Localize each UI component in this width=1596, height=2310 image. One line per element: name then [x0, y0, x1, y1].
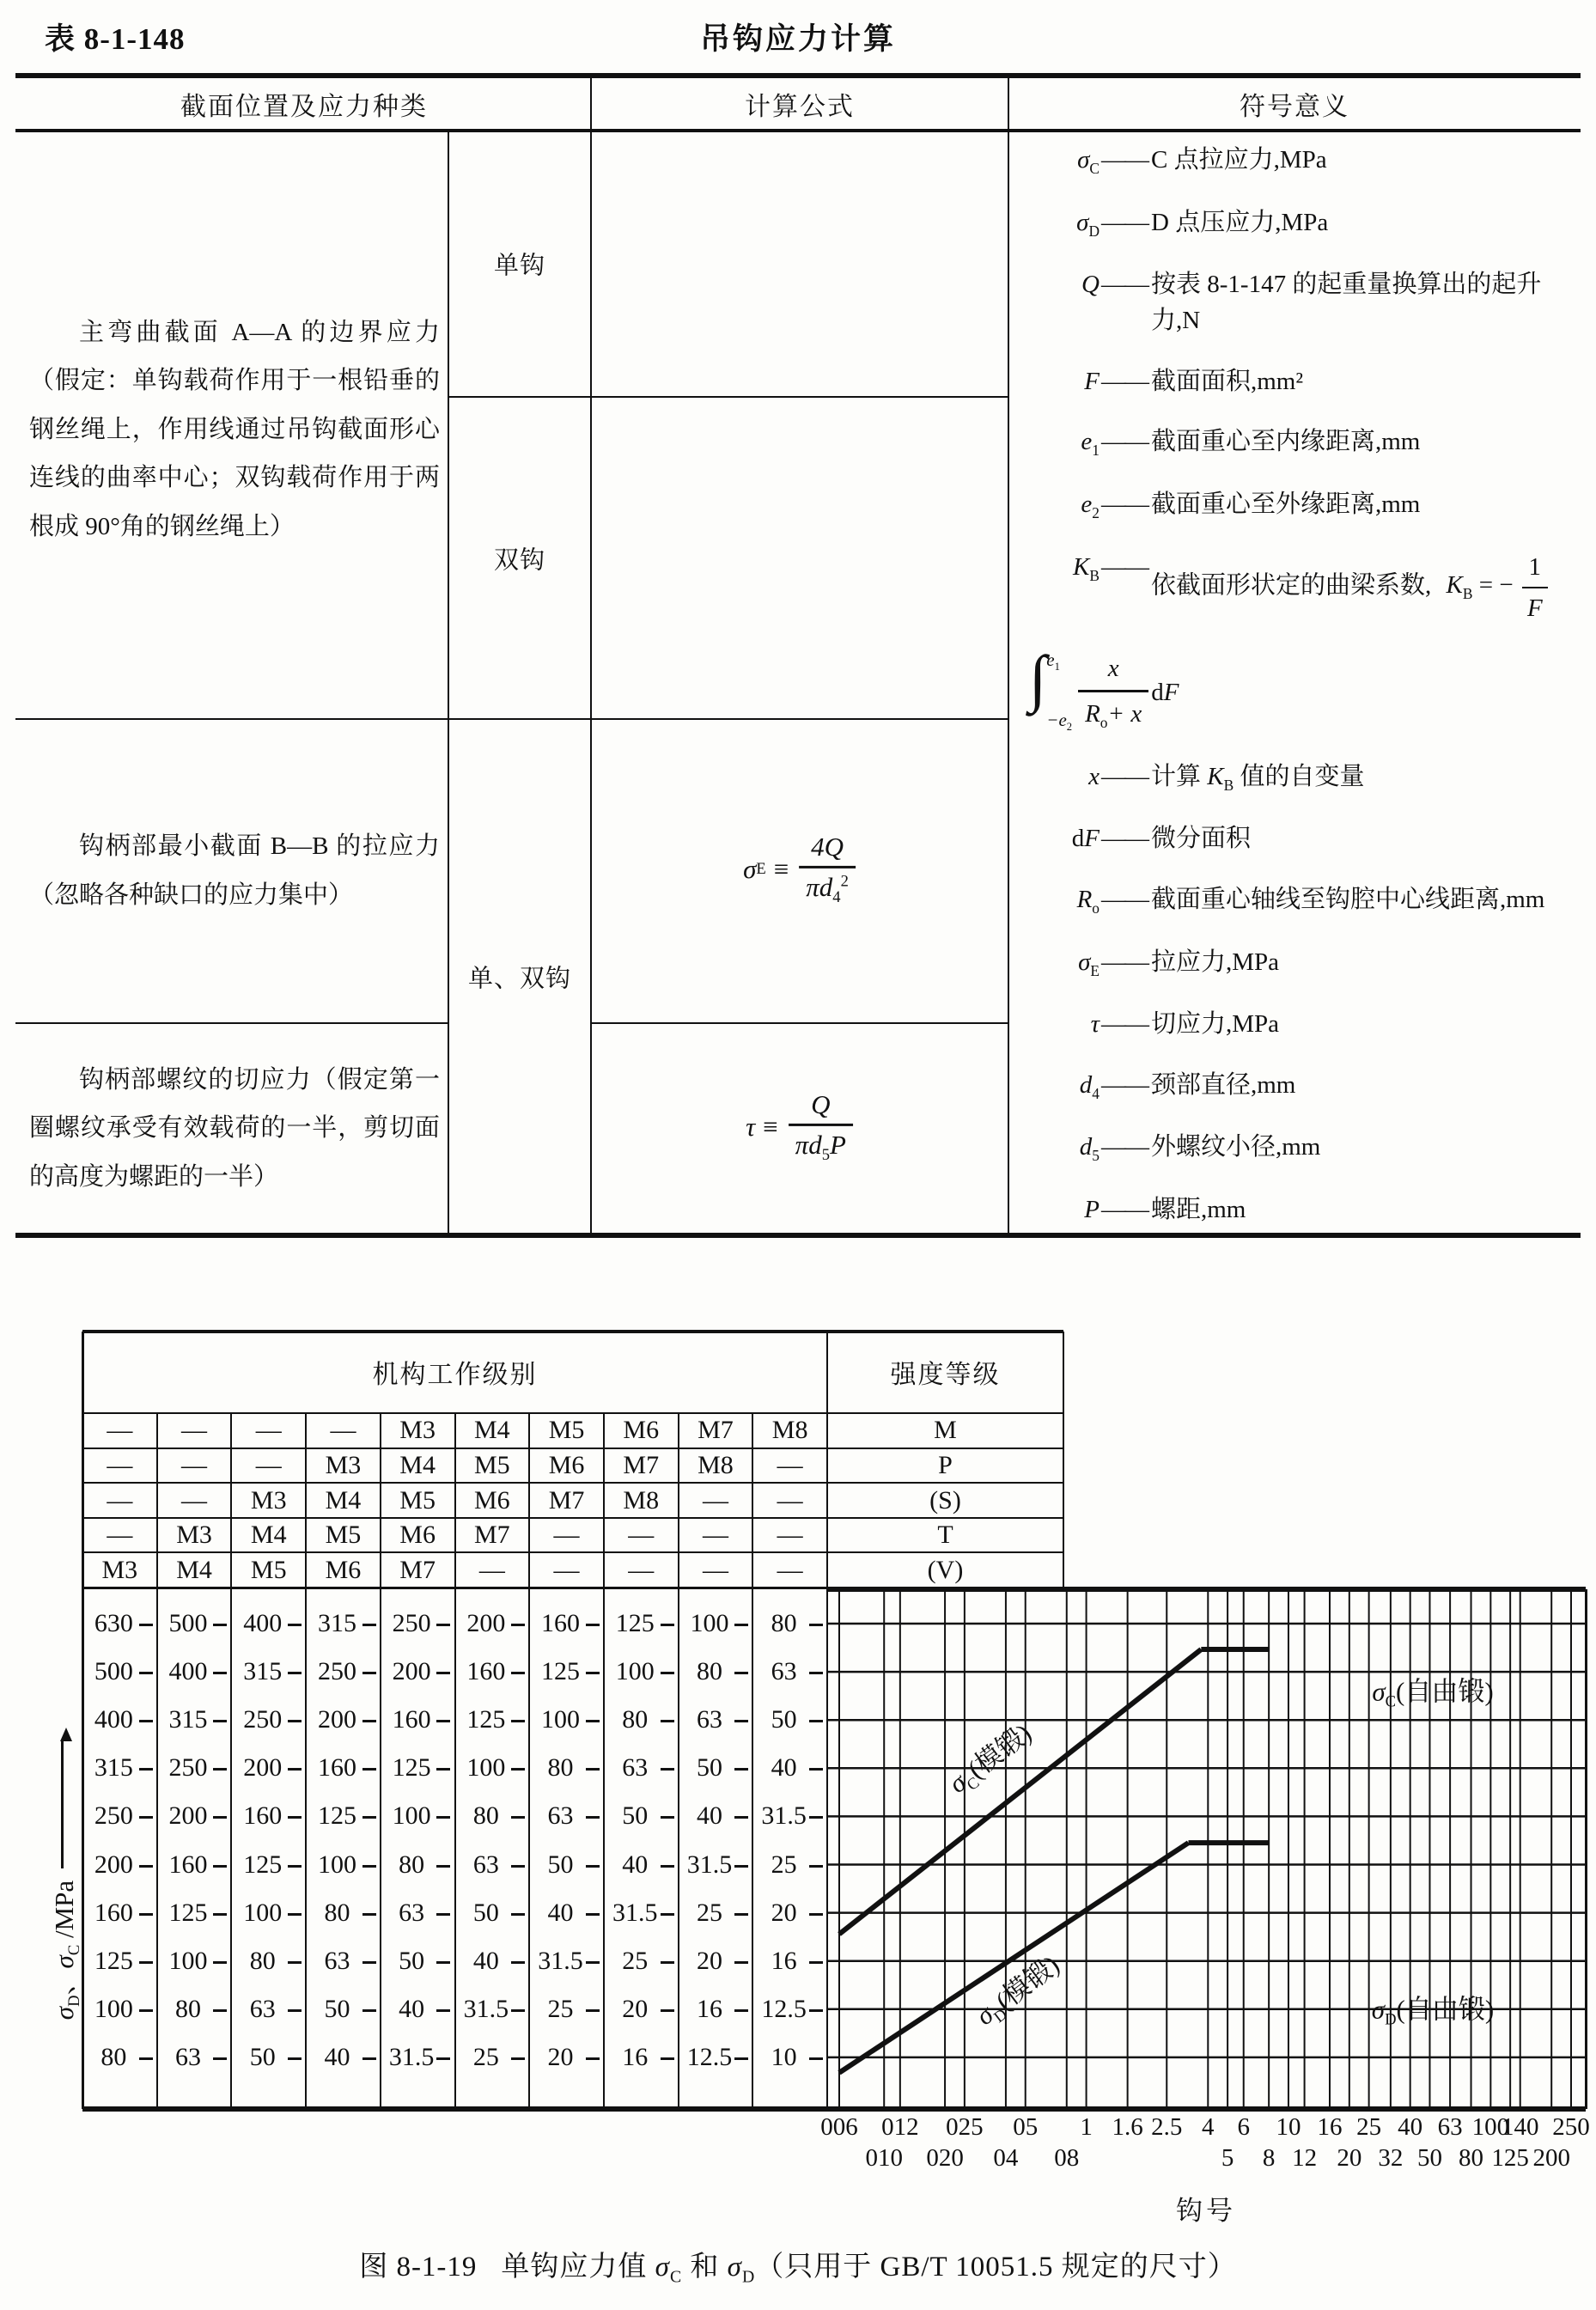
stress-scale-value: 50 [529, 1848, 604, 1882]
value-text: 63 [175, 2043, 201, 2072]
value-text: 200 [169, 1801, 208, 1831]
value-text: 200 [393, 1657, 431, 1686]
value-text: 250 [169, 1753, 208, 1783]
level-cell: M3 [176, 1521, 212, 1550]
y-label-unit: /MPa [49, 1880, 79, 1945]
x-tick-label: 012 [881, 2113, 919, 2142]
stress-scale-value: 40 [306, 2040, 381, 2075]
level-cell: M6 [399, 1521, 436, 1550]
denominator-sub: 5 [822, 1146, 830, 1164]
scale-tick [362, 1816, 376, 1819]
stress-scale-value: 100 [381, 1799, 455, 1833]
kb-equation: KB = − 1F [1447, 571, 1550, 599]
value-text: 100 [541, 1705, 580, 1734]
stress-scale-value: 31.5 [679, 1848, 753, 1882]
scale-tick [362, 1624, 376, 1626]
scale-tick [809, 1624, 823, 1626]
x-tick-label: 08 [1054, 2144, 1079, 2173]
sigma-e-fraction: 4Q πd42 [799, 832, 856, 907]
figure-caption: 图 8-1-19单钩应力值 σC 和 σD（只用于 GB/T 10051.5 规… [0, 2244, 1596, 2288]
level-cell: — [107, 1451, 132, 1480]
scale-tick [139, 1720, 153, 1722]
y-label-s1: σ [49, 2007, 79, 2020]
symbol: K [1073, 553, 1089, 581]
symbol: F [1084, 368, 1100, 395]
integral-limits: e1 −e2 [1046, 650, 1072, 729]
stress-scale-value: 100 [306, 1848, 381, 1882]
value-text: 50 [399, 1947, 424, 1976]
scale-tick [288, 1720, 302, 1722]
row2-description-text: 钩柄部最小截面 B—B 的拉应力（忽略各种缺口的应力集中） [29, 822, 440, 919]
value-text: 20 [697, 1947, 722, 1976]
value-text: 31.5 [761, 1801, 807, 1831]
symbol-row-integral: ∫ e1 −e2 x Ro+ x dF [1024, 650, 1579, 734]
value-text: 63 [771, 1657, 797, 1686]
stress-scale-value: 16 [604, 2040, 679, 2075]
level-cell: — [330, 1416, 356, 1445]
x-tick-label: 140 [1502, 2113, 1539, 2142]
x-tick-label: 6 [1237, 2113, 1250, 2142]
value-text: 50 [250, 2043, 276, 2072]
stress-scale-value: 63 [679, 1703, 753, 1737]
denominator: πd [795, 1130, 822, 1160]
level-table-header-right: 强度等级 [891, 1353, 1001, 1391]
symbol-sub: 4 [1092, 1085, 1100, 1102]
value-text: 20 [771, 1899, 797, 1928]
row2-row3-divider-left [15, 1022, 448, 1024]
dash: —— [1101, 1129, 1148, 1165]
integral-fraction: x Ro+ x [1078, 650, 1148, 734]
dash: —— [1101, 266, 1148, 302]
value-text: 80 [175, 1995, 201, 2024]
stress-scale-value: 63 [157, 2040, 232, 2075]
stress-scale-value: 315 [306, 1606, 381, 1641]
level-cell: M4 [474, 1416, 510, 1445]
x-tick-label: 05 [1013, 2113, 1038, 2142]
value-text: 160 [243, 1801, 282, 1831]
symbol-desc: 拉应力,MPa [1149, 944, 1579, 980]
x-tick-label: 12 [1292, 2144, 1317, 2173]
x-tick-label: 8 [1263, 2144, 1276, 2173]
stress-scale-value: 160 [306, 1751, 381, 1785]
symbol-row-x: x —— 计算 KB 值的自变量 [1024, 759, 1579, 796]
x-tick-label: 40 [1398, 2113, 1422, 2142]
scale-tick [288, 2057, 302, 2060]
value-text: 25 [622, 1947, 648, 1976]
value-text: 125 [541, 1657, 580, 1686]
y-axis-arrow-line [61, 1740, 64, 1868]
tau-fraction: Q πd5P [789, 1089, 853, 1165]
x-tick-label: 5 [1221, 2144, 1234, 2173]
scale-tick [586, 1624, 600, 1626]
scale-tick [139, 1768, 153, 1771]
kb-symbol: K [1447, 571, 1463, 599]
x-tick-label: 32 [1378, 2144, 1403, 2173]
level-cell: M8 [697, 1451, 734, 1480]
value-text: 400 [243, 1609, 282, 1638]
value-text: 100 [94, 1995, 133, 2024]
scale-tick [288, 1624, 302, 1626]
level-cell: M6 [549, 1451, 585, 1480]
scale-tick [586, 1672, 600, 1674]
stress-scale-value: 50 [381, 1944, 455, 1978]
symbol: x [1088, 763, 1100, 790]
scale-tick [436, 1720, 450, 1722]
caption-sigma-d: σ [728, 2252, 742, 2283]
dash: —— [1101, 549, 1148, 585]
value-text: 125 [318, 1801, 356, 1831]
scale-tick [734, 1865, 748, 1868]
stress-scale-value: 200 [157, 1799, 232, 1833]
stress-scale-value: 16 [679, 1992, 753, 2027]
level-cell: M7 [474, 1521, 510, 1550]
stress-scale-value: 31.5 [752, 1799, 827, 1833]
stress-scale-value: 50 [679, 1751, 753, 1785]
level-cell: M5 [474, 1451, 510, 1480]
level-cell: M5 [399, 1486, 436, 1515]
symbol-desc: 切应力,MPa [1149, 1006, 1579, 1042]
value-text: 200 [466, 1609, 505, 1638]
y-label-sep: 、 [49, 1968, 79, 1995]
numerator: 4Q [799, 832, 856, 869]
grade-cell: T [937, 1521, 953, 1550]
value-text: 25 [697, 1899, 722, 1928]
value-text: 160 [169, 1850, 208, 1880]
kb-inline: K [1207, 763, 1223, 790]
value-text: 100 [616, 1657, 655, 1686]
stress-scale-value: 500 [82, 1655, 157, 1689]
scale-tick [809, 1961, 823, 1964]
stress-chart [827, 1589, 1586, 2109]
scale-tick [436, 2009, 450, 2012]
scale-tick [436, 1913, 450, 1916]
value-text: 31.5 [464, 1995, 509, 2024]
scale-tick [586, 1768, 600, 1771]
value-text: 80 [548, 1753, 574, 1783]
scale-tick [809, 2009, 823, 2012]
x-tick-label: 020 [926, 2144, 964, 2173]
level-cell: M6 [326, 1556, 362, 1585]
scale-tick [586, 2057, 600, 2060]
upper-limit: e [1046, 649, 1054, 670]
scale-tick [661, 1816, 674, 1819]
scale-tick [586, 1961, 600, 1964]
level-cell: M3 [251, 1486, 287, 1515]
level-cell: — [777, 1486, 803, 1515]
scale-tick [213, 2057, 227, 2060]
symbol-row-tau: τ —— 切应力,MPa [1024, 1006, 1579, 1042]
curve-sigma_D_die_forged [839, 1843, 1188, 2073]
level-cell: M7 [697, 1416, 734, 1445]
x-axis-title: 钩号 [1176, 2189, 1236, 2228]
scale-tick [809, 2057, 823, 2060]
formula-sigma-e: σE ≡ 4Q πd42 [743, 832, 858, 907]
value-text: 80 [622, 1705, 648, 1734]
stress-scale-value: 25 [455, 2040, 530, 2075]
value-text: 40 [697, 1801, 722, 1831]
symbol-f: F [1084, 825, 1100, 852]
stress-scale-value: 31.5 [455, 1992, 530, 2027]
stress-scale-value: 40 [604, 1848, 679, 1882]
symbol-desc: 截面重心至外缘距离,mm [1149, 486, 1579, 522]
value-text: 80 [697, 1657, 722, 1686]
scale-tick [586, 2009, 600, 2012]
x-tick-label: 006 [820, 2113, 858, 2142]
value-text: 80 [250, 1947, 276, 1976]
value-text: 250 [393, 1609, 431, 1638]
scale-tick [362, 1865, 376, 1868]
dash: —— [1101, 486, 1148, 522]
scale-tick [511, 1672, 525, 1674]
stress-scale-value: 250 [381, 1606, 455, 1641]
stress-scale-value: 80 [529, 1751, 604, 1785]
stress-scale-value: 31.5 [604, 1896, 679, 1930]
denominator-sup: 2 [841, 873, 849, 891]
upper-limit-sub: 1 [1055, 661, 1060, 673]
scale-tick [436, 2057, 450, 2060]
value-text: 50 [548, 1850, 574, 1880]
x-tick-label: 2.5 [1151, 2113, 1182, 2142]
level-cell: — [107, 1416, 132, 1445]
level-cell: M5 [549, 1416, 585, 1445]
stress-scale-value: 12.5 [679, 2040, 753, 2075]
stress-scale-value: 160 [231, 1799, 306, 1833]
stress-scale-value: 125 [529, 1655, 604, 1689]
x-tick-label: 1.6 [1112, 2113, 1143, 2142]
stress-scale-value: 160 [381, 1703, 455, 1737]
stress-scale-value: 31.5 [381, 2040, 455, 2075]
dash: —— [1101, 424, 1148, 460]
scale-tick [661, 1720, 674, 1722]
stress-scale-value: 200 [306, 1703, 381, 1737]
formula-sigma-d: σD≡−Q2FKB×e2Ro+e2 [0, 207, 798, 301]
symbol-row-d5: d5 —— 外螺纹小径,mm [1024, 1129, 1579, 1167]
caption-sigma-d-sub: D [742, 2268, 755, 2287]
figure-number: 图 8-1-19 [359, 2252, 477, 2283]
stress-scale-value: 25 [752, 1848, 827, 1882]
scale-tick [661, 1768, 674, 1771]
stress-scale-value: 63 [604, 1751, 679, 1785]
value-text: 25 [771, 1850, 797, 1880]
stress-scale-value: 125 [455, 1703, 530, 1737]
scale-tick [362, 1961, 376, 1964]
stress-scale-value: 125 [381, 1751, 455, 1785]
value-text: 80 [473, 1801, 499, 1831]
value-text: 125 [94, 1947, 133, 1976]
scale-tick [436, 1816, 450, 1819]
table-bottom-border [15, 1233, 1581, 1238]
value-text: 100 [169, 1947, 208, 1976]
stress-scale-value: 80 [157, 1992, 232, 2027]
stress-scale-value: 80 [381, 1848, 455, 1882]
symbol-row-f: F —— 截面面积,mm² [1024, 363, 1579, 399]
stress-scale-value: 40 [529, 1896, 604, 1930]
scale-tick [661, 1961, 674, 1964]
value-text: 160 [541, 1609, 580, 1638]
level-cell: — [628, 1521, 654, 1550]
scale-tick [734, 2057, 748, 2060]
x-tick-label: 16 [1318, 2113, 1343, 2142]
symbol-desc: 外螺纹小径,mm [1149, 1129, 1579, 1165]
scale-tick [288, 1672, 302, 1674]
value-text: 500 [169, 1609, 208, 1638]
x-tick-label: 25 [1356, 2113, 1381, 2142]
value-text: 100 [393, 1801, 431, 1831]
stress-scale-value: 500 [157, 1606, 232, 1641]
value-text: 31.5 [538, 1947, 583, 1976]
symbol: d [1080, 1133, 1093, 1161]
level-table-row-line [82, 1448, 1063, 1449]
handbook-page: 表 8-1-148 吊钩应力计算 截面位置及应力种类 计算公式 符号意义 主弯曲… [0, 0, 1596, 2310]
stress-scale-value: 100 [529, 1703, 604, 1737]
numerator: Q [789, 1089, 853, 1126]
scale-tick [436, 1624, 450, 1626]
scale-tick [436, 1865, 450, 1868]
value-text: 200 [243, 1753, 282, 1783]
stress-scale-value: 63 [529, 1799, 604, 1833]
caption-and: 和 [682, 2252, 728, 2283]
dash: —— [1101, 944, 1148, 980]
grade-cell: (V) [928, 1556, 964, 1585]
value-text: 160 [393, 1705, 431, 1734]
dash: —— [1101, 204, 1148, 241]
symbol: R [1077, 886, 1093, 913]
caption-sigma-c: σ [655, 2252, 670, 2283]
stress-scale-value: 31.5 [529, 1944, 604, 1978]
symbol-d: d [1072, 825, 1085, 852]
scale-tick [661, 1913, 674, 1916]
formula-symbols-divider [1008, 76, 1009, 1235]
single-double-divider [448, 396, 1008, 398]
level-cell: — [479, 1556, 505, 1585]
symbol-desc: C 点拉应力,MPa [1149, 142, 1579, 178]
stress-scale-value: 200 [231, 1751, 306, 1785]
dash: —— [1101, 759, 1148, 795]
value-text: 100 [466, 1753, 505, 1783]
value-text: 100 [243, 1899, 282, 1928]
stress-scale-value: 63 [231, 1992, 306, 2027]
scale-tick [734, 1672, 748, 1674]
sigma-e-symbol: σ [743, 854, 756, 885]
scale-tick [809, 1672, 823, 1674]
level-cell: M4 [326, 1486, 362, 1515]
kb-desc-text: 依截面形状定的曲梁系数, [1151, 571, 1431, 599]
value-text: 16 [771, 1947, 797, 1976]
equals-sign: = [1479, 571, 1493, 599]
value-text: 250 [94, 1801, 133, 1831]
scale-tick [288, 1865, 302, 1868]
stress-scale-value: 250 [157, 1751, 232, 1785]
symbol-row-sigma-d: σD —— D 点压应力,MPa [1024, 204, 1579, 242]
value-text: 25 [473, 2043, 499, 2072]
symbols-legend: σC —— C 点拉应力,MPa σD —— D 点压应力,MPa Q —— 按… [1024, 142, 1579, 1228]
scale-tick [288, 2009, 302, 2012]
stress-scale-value: 200 [455, 1606, 530, 1641]
level-cell: — [256, 1451, 282, 1480]
value-text: 250 [318, 1657, 356, 1686]
value-text: 16 [697, 1995, 722, 2024]
symbol-sub: D [1088, 222, 1100, 239]
value-text: 100 [690, 1609, 728, 1638]
stress-scale-value: 100 [231, 1896, 306, 1930]
denominator-sub: 4 [832, 888, 840, 906]
scale-tick [809, 1720, 823, 1722]
scale-tick [139, 1961, 153, 1964]
scale-tick [809, 1913, 823, 1916]
formula-sigma-d: σD≡−QFKB×e2Ro+e2 [0, 34, 798, 127]
stress-scale-value: 40 [455, 1944, 530, 1978]
y-axis-arrow-head [60, 1728, 72, 1741]
value-text: 16 [622, 2043, 648, 2072]
value-text: 31.5 [612, 1899, 658, 1928]
x-tick-label: 20 [1337, 2144, 1361, 2173]
value-text: 63 [399, 1899, 424, 1928]
scale-tick [586, 1720, 600, 1722]
value-text: 50 [622, 1801, 648, 1831]
scale-tick [362, 1913, 376, 1916]
value-text: 250 [243, 1705, 282, 1734]
curve-sigma_C_die_forged [839, 1649, 1201, 1934]
value-text: 125 [616, 1609, 655, 1638]
value-text: 63 [250, 1995, 276, 2024]
grade-column-right-border [1063, 1332, 1064, 1588]
level-cell: M3 [326, 1451, 362, 1480]
stress-scale-value: 160 [529, 1606, 604, 1641]
scale-tick [139, 1624, 153, 1626]
symbol-desc: 截面重心轴线至钩腔中心线距离,mm [1149, 881, 1579, 917]
symbol-desc: 微分面积 [1149, 820, 1579, 856]
symbol-row-p: P —— 螺距,mm [1024, 1192, 1579, 1228]
symbol-sub: B [1089, 566, 1100, 583]
dash: —— [1101, 820, 1148, 856]
stress-scale-value: 25 [604, 1944, 679, 1978]
stress-scale-value: 160 [82, 1896, 157, 1930]
x-tick-label: 125 [1491, 2144, 1529, 2173]
scale-tick [809, 1768, 823, 1771]
stress-scale-value: 125 [604, 1606, 679, 1641]
level-table-header-bottom [82, 1412, 1063, 1414]
x-tick-label: 04 [993, 2144, 1018, 2173]
scale-tick [734, 2009, 748, 2012]
scale-tick [586, 1865, 600, 1868]
stress-scale-value: 100 [604, 1655, 679, 1689]
stress-scale-value: 80 [231, 1944, 306, 1978]
col-header-symbols: 符号意义 [1240, 85, 1349, 123]
symbol-row-q: Q —— 按表 8-1-147 的起重量换算出的起升力,N [1024, 266, 1579, 338]
value-text: 31.5 [389, 2043, 435, 2072]
symbol-desc: 颈部直径,mm [1149, 1067, 1579, 1103]
value-text: 160 [94, 1899, 133, 1928]
stress-scale-value: 50 [752, 1703, 827, 1737]
level-cell: — [554, 1521, 580, 1550]
symbol-desc: D 点压应力,MPa [1149, 204, 1579, 241]
symbol-desc: 截面面积,mm² [1149, 363, 1579, 399]
denominator: πd [806, 872, 832, 902]
scale-tick [139, 1913, 153, 1916]
scale-tick [809, 1865, 823, 1868]
stress-scale-value: 100 [82, 1992, 157, 2027]
x-desc-pre: 计算 [1151, 763, 1207, 790]
scale-tick [139, 1816, 153, 1819]
dash: —— [1101, 142, 1148, 178]
value-text: 50 [473, 1899, 499, 1928]
grade-cell: P [938, 1451, 953, 1480]
stress-scale-value: 25 [529, 1992, 604, 2027]
stress-scale-value: 100 [157, 1944, 232, 1978]
level-cell: — [777, 1451, 803, 1480]
value-text: 40 [771, 1753, 797, 1783]
level-table-header-left: 机构工作级别 [373, 1353, 538, 1391]
